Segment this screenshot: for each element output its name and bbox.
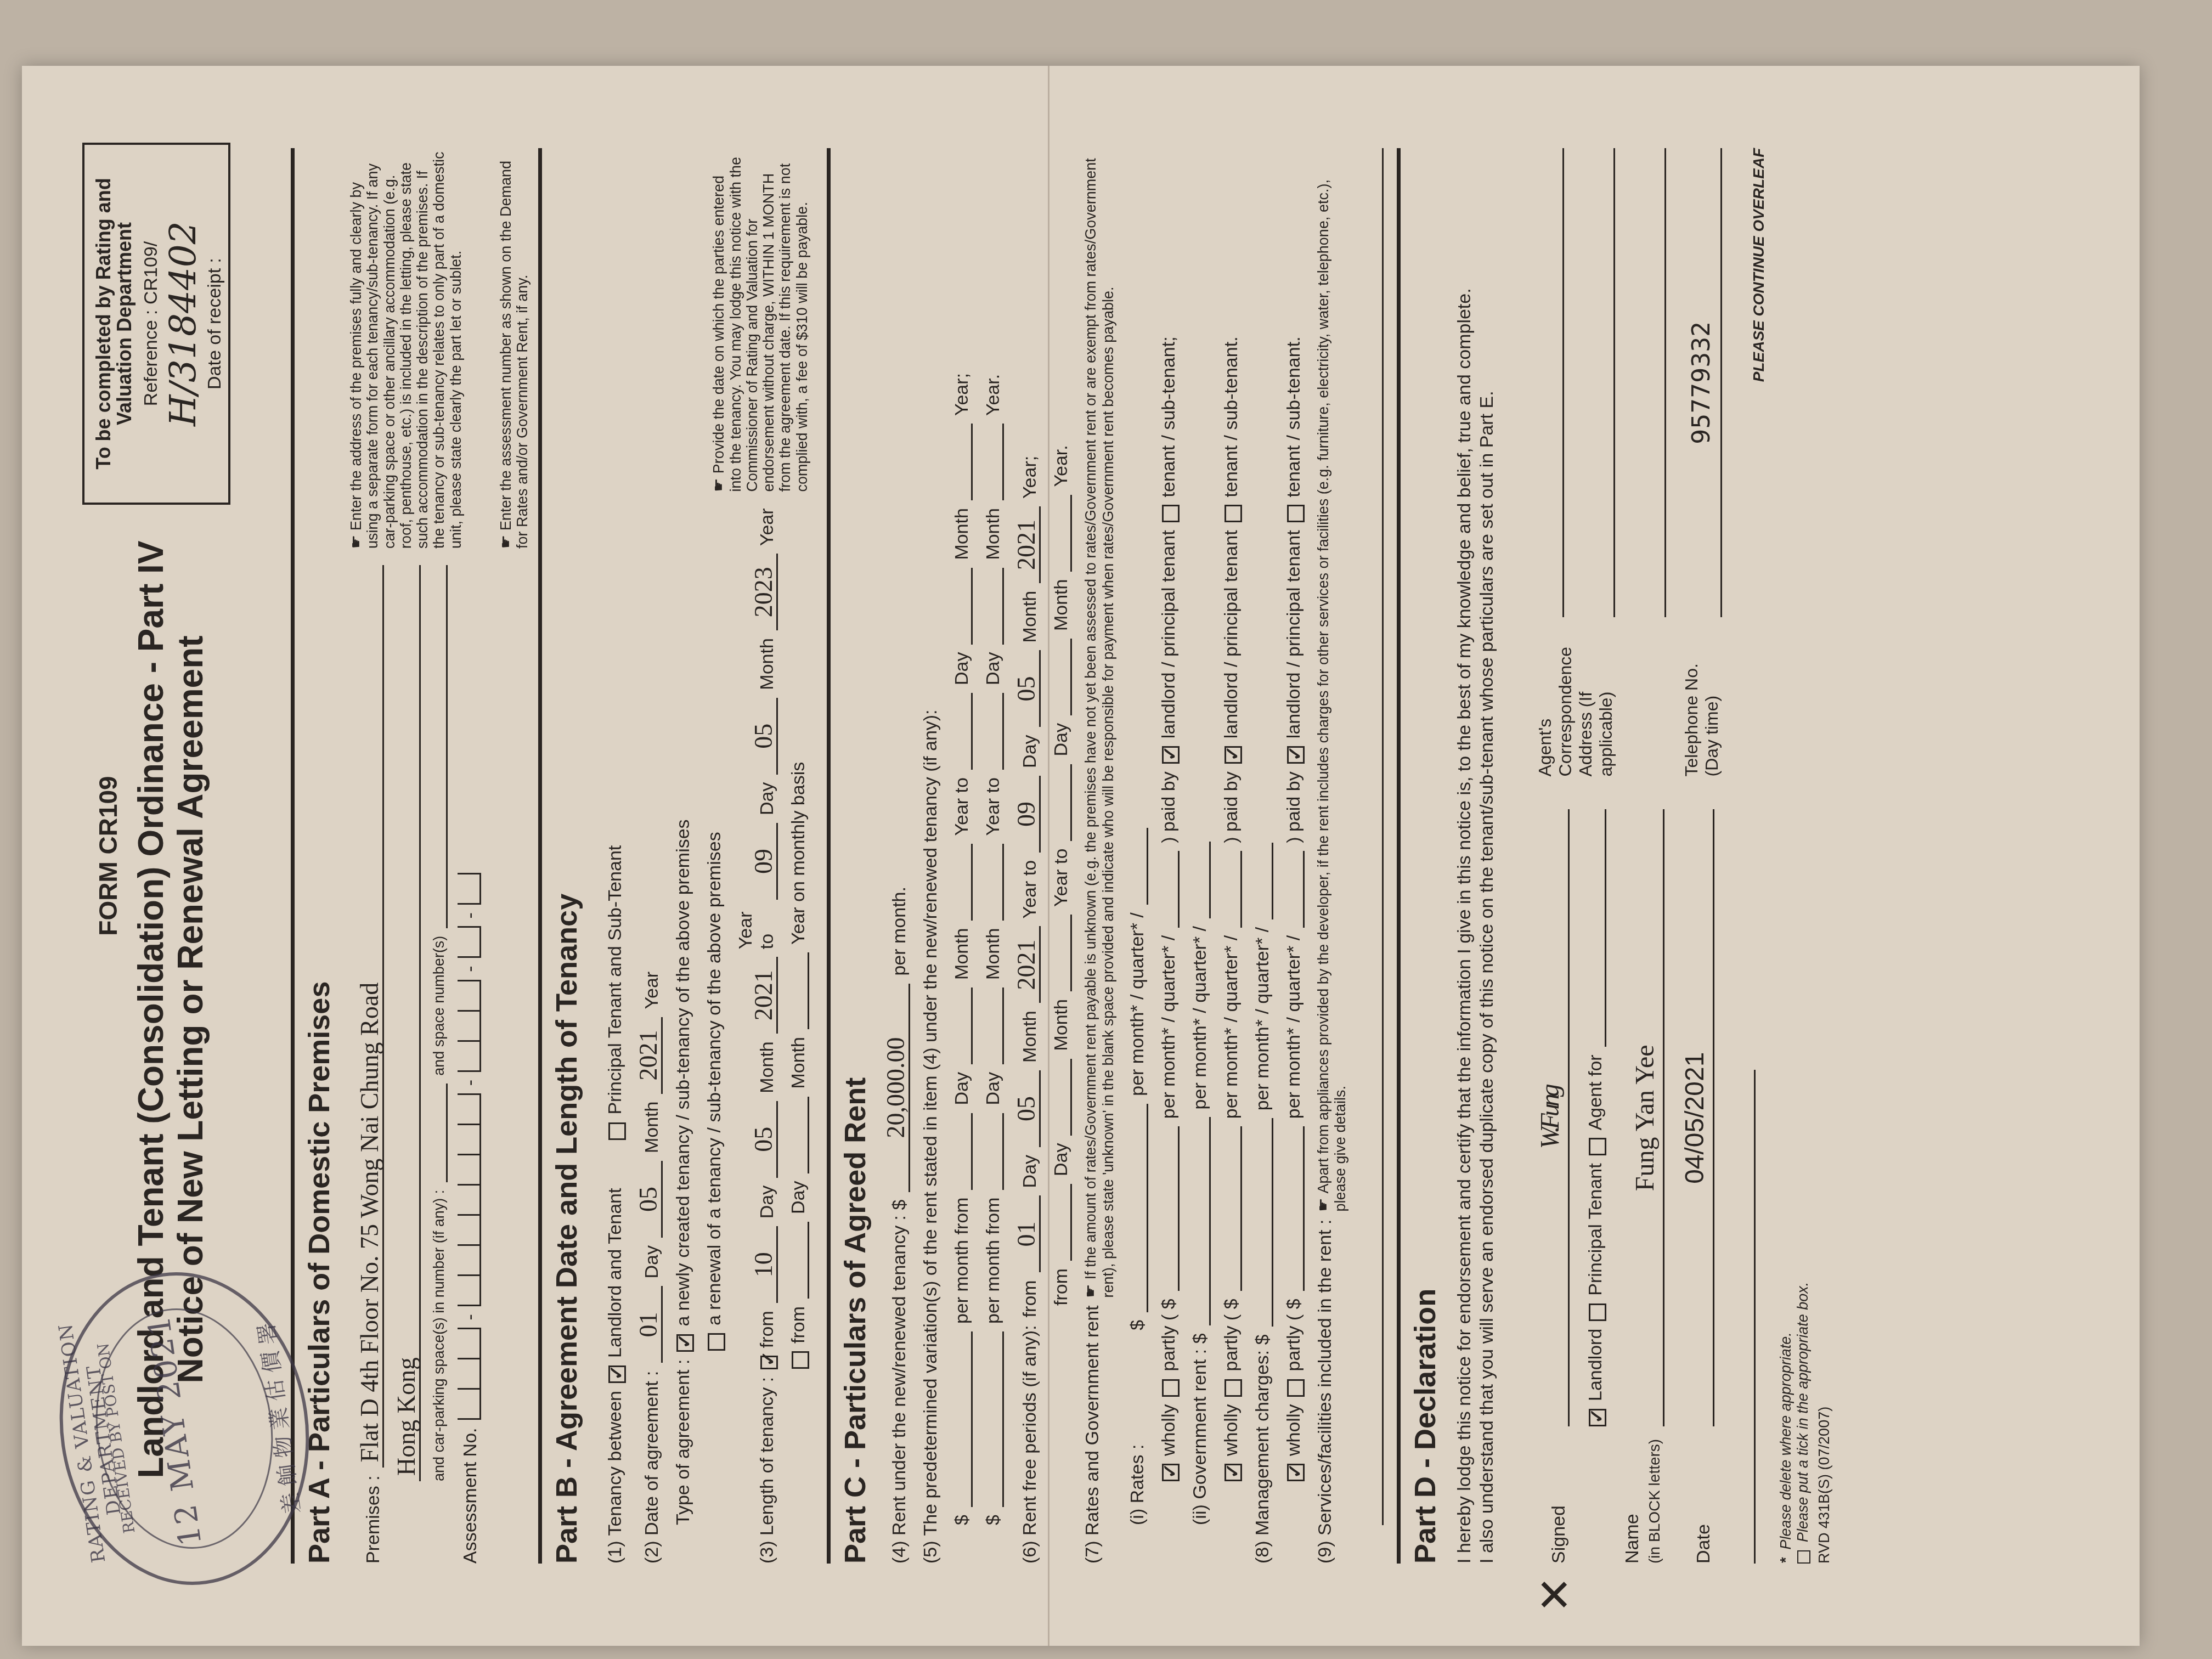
agent-address-line3[interactable]	[1615, 148, 1666, 617]
carpark-count-field[interactable]	[446, 1084, 448, 1182]
govrent-period-field[interactable]	[1209, 842, 1211, 918]
services-field[interactable]	[1382, 148, 1384, 1525]
free-from-year[interactable]: 2021	[1014, 926, 1041, 1003]
declaration-text: I hereby lodge this notice for endorseme…	[1453, 148, 1498, 1564]
assessment-note: ☛Enter the assessment number as shown on…	[497, 148, 531, 549]
to-day-field[interactable]: 09	[751, 823, 778, 900]
govrent-wholly-checkbox[interactable]	[1224, 1464, 1242, 1481]
tick-box-legend-icon	[1797, 1550, 1810, 1564]
variation-from-month[interactable]	[1002, 988, 1004, 1064]
free-from-month[interactable]	[1070, 1059, 1072, 1136]
variation-from-year[interactable]	[971, 844, 973, 921]
from-day-field[interactable]: 10	[751, 1226, 778, 1303]
mgmt-partly-checkbox[interactable]	[1287, 1379, 1305, 1397]
govrent-amount-field[interactable]	[1209, 1117, 1211, 1325]
monthly-basis-checkbox[interactable]	[792, 1351, 809, 1369]
rates-period-field[interactable]	[1147, 828, 1148, 905]
free-from-day[interactable]	[1070, 1184, 1072, 1261]
landlord-tenant-checkbox[interactable]	[608, 1365, 626, 1383]
principal-subtenant-checkbox[interactable]	[608, 1122, 626, 1140]
rates-wholly-checkbox[interactable]	[1162, 1464, 1180, 1481]
form-page: RATING & VALUATION DEPARTMENT RECEIVED B…	[22, 66, 2140, 1646]
rates-payment-row: wholly partly ( $ per month* / quarter* …	[1158, 148, 1180, 1564]
monthly-from-day-field[interactable]	[808, 1222, 809, 1299]
mgmt-landlord-checkbox[interactable]	[1287, 746, 1305, 764]
role-landlord-checkbox[interactable]	[1589, 1409, 1606, 1426]
pointing-hand-icon: ☛	[497, 535, 514, 549]
rates-partly-period[interactable]	[1178, 851, 1180, 928]
x-mark-icon: ✕	[1530, 1576, 1581, 1613]
govrent-landlord-checkbox[interactable]	[1224, 746, 1242, 764]
variation-row: $ per month from Day Month Year to Day M…	[951, 148, 973, 1564]
office-use-box: To be completed by Rating and Valuation …	[82, 143, 230, 505]
mgmt-period-field[interactable]	[1272, 843, 1273, 919]
mgmt-partly-period[interactable]	[1303, 851, 1305, 928]
part-a-title: Part A - Particulars of Domestic Premise…	[302, 148, 336, 1564]
telephone-field[interactable]: 95779332	[1688, 148, 1722, 617]
premises-line2-field[interactable]: Hong Kong	[394, 565, 421, 1481]
pointing-hand-icon: ☛	[710, 478, 727, 492]
mgmt-wholly-checkbox[interactable]	[1287, 1464, 1305, 1481]
rates-amount-field[interactable]	[1147, 1104, 1148, 1312]
divider	[1397, 148, 1401, 1564]
free-to-month[interactable]: 05	[1014, 650, 1041, 727]
divider	[827, 148, 831, 1564]
govrent-partly-checkbox[interactable]	[1224, 1379, 1242, 1397]
agreement-month-field[interactable]: 05	[636, 1161, 663, 1238]
agreement-year-field[interactable]: 2021	[636, 1017, 663, 1094]
footer-notes: * Please delete where appropriate. Pleas…	[1778, 1282, 1833, 1564]
rent-free-row: (6) Rent free periods (if any): from 01D…	[1014, 148, 1041, 1564]
variation-from-day[interactable]	[971, 1113, 973, 1190]
mgmt-tenant-checkbox[interactable]	[1287, 505, 1305, 522]
pointing-hand-icon: ☛	[347, 535, 364, 549]
rates-partly-amount[interactable]	[1178, 1126, 1180, 1291]
free-from-day[interactable]: 01	[1014, 1195, 1041, 1272]
free-to-year[interactable]: 2021	[1014, 506, 1041, 583]
role-principal-tenant-checkbox[interactable]	[1589, 1304, 1606, 1321]
govrent-payment-row: wholly partly ( $ per month* / quarter* …	[1221, 148, 1242, 1564]
form-code: RVD 431B(S) (07/2007)	[1816, 1282, 1833, 1564]
free-from-year[interactable]	[1070, 915, 1072, 991]
premises-line1-field[interactable]: Flat D 4th Floor No. 75 Wong Nai Chung R…	[357, 565, 384, 1468]
variation-from-year[interactable]	[1002, 844, 1004, 921]
divider	[291, 148, 295, 1564]
variation-to-day[interactable]	[1002, 693, 1004, 770]
mgmt-partly-amount[interactable]	[1303, 1126, 1305, 1291]
premises-note: ☛Enter the address of the premises fully…	[347, 148, 464, 549]
continue-overleaf: PLEASE CONTINUE OVERLEAF	[1750, 148, 1768, 382]
mgmt-amount-field[interactable]	[1272, 1118, 1273, 1327]
variation-amount-field[interactable]	[971, 1331, 973, 1507]
from-year-field[interactable]: 2021	[751, 957, 778, 1034]
part-d-title: Part D - Declaration	[1408, 148, 1442, 1564]
fixed-term-checkbox[interactable]	[760, 1356, 778, 1369]
rent-amount-field[interactable]: 20,000.00	[883, 984, 910, 1192]
govrent-partly-period[interactable]	[1240, 851, 1242, 928]
govrent-tenant-checkbox[interactable]	[1224, 505, 1242, 522]
pointing-hand-icon: ☛	[1082, 1284, 1099, 1297]
free-to-day[interactable]: 09	[1014, 776, 1041, 853]
services-note: ☛Apart from appliances provided by the d…	[1314, 148, 1349, 1212]
to-month-field[interactable]: 05	[751, 698, 778, 775]
new-tenancy-checkbox[interactable]	[676, 1334, 694, 1352]
to-year-field[interactable]: 2023	[751, 554, 778, 630]
agreement-day-field[interactable]: 01	[636, 1286, 663, 1363]
agent-address-line2[interactable]	[1564, 148, 1615, 617]
form-header: RATING & VALUATION DEPARTMENT RECEIVED B…	[93, 148, 291, 1564]
variation-amount-field[interactable]	[1002, 1331, 1004, 1507]
agent-for-field[interactable]	[1605, 809, 1606, 1047]
variation-to-day[interactable]	[971, 693, 973, 770]
date-field[interactable]: 04/05/2021	[1680, 809, 1714, 1426]
role-agent-checkbox[interactable]	[1589, 1138, 1606, 1155]
variation-to-year[interactable]	[1002, 424, 1004, 500]
from-month-field[interactable]: 05	[751, 1101, 778, 1178]
monthly-from-year-field[interactable]	[808, 952, 809, 1029]
rent-free-row: from Day Month Year to Day Month Year.	[1051, 148, 1072, 1564]
agreement-date-note: ☛Provide the date on which the parties e…	[710, 148, 810, 492]
paper-fold	[1048, 66, 1049, 1646]
name-field[interactable]: Fung Yan Yee	[1630, 809, 1664, 1426]
mgmt-payment-row: wholly partly ( $ per month* / quarter* …	[1283, 148, 1305, 1564]
free-to-month[interactable]	[1070, 639, 1072, 715]
rates-partly-checkbox[interactable]	[1162, 1379, 1180, 1397]
rates-landlord-checkbox[interactable]	[1162, 746, 1180, 764]
variation-to-month[interactable]	[1002, 568, 1004, 645]
space-numbers-field[interactable]	[446, 565, 448, 928]
rates-tenant-checkbox[interactable]	[1162, 505, 1180, 522]
part-c-title: Part C - Particulars of Agreed Rent	[838, 148, 872, 1564]
free-to-year[interactable]	[1070, 495, 1072, 572]
variation-from-month[interactable]	[971, 988, 973, 1064]
pointing-hand-icon: ☛	[1314, 1198, 1331, 1212]
variation-to-year[interactable]	[971, 424, 973, 500]
variation-from-day[interactable]	[1002, 1113, 1004, 1190]
free-from-month[interactable]: 05	[1014, 1070, 1041, 1147]
free-to-day[interactable]	[1070, 764, 1072, 841]
reference-number[interactable]: H/3184402	[162, 221, 204, 426]
monthly-from-month-field[interactable]	[808, 1097, 809, 1173]
renewal-tenancy-checkbox[interactable]	[708, 1333, 725, 1351]
divider	[538, 148, 542, 1564]
variation-row: $ per month from Day Month Year to Day M…	[983, 148, 1004, 1564]
part-b-title: Part B - Agreement Date and Length of Te…	[550, 148, 584, 1564]
assessment-number-field[interactable]: - - - -	[458, 873, 481, 1420]
rates-note: ☛If the amount of rates/Government rent …	[1082, 148, 1116, 1297]
variation-to-month[interactable]	[971, 568, 973, 645]
govrent-partly-amount[interactable]	[1240, 1126, 1242, 1291]
signature-field[interactable]: W.Fung	[1535, 809, 1570, 1426]
agent-address-line1[interactable]	[1535, 148, 1564, 617]
received-stamp: RATING & VALUATION DEPARTMENT RECEIVED B…	[39, 1256, 329, 1601]
